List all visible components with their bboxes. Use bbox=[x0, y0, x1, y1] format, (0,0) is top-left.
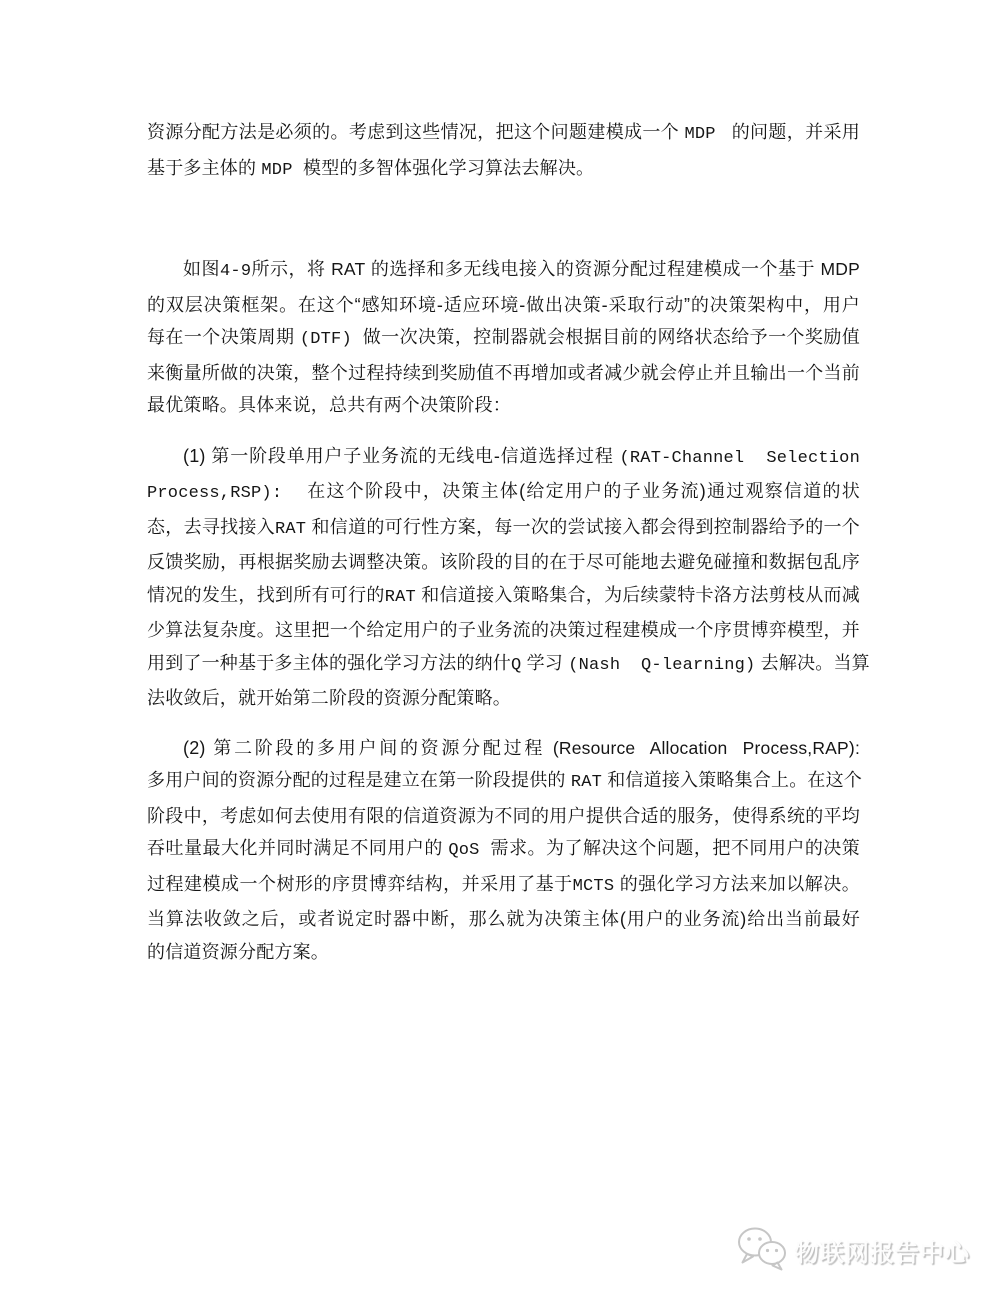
text-line: 的信道资源分配方案。 bbox=[147, 936, 860, 969]
text-line: 法收敛后，就开始第二阶段的资源分配策略。 bbox=[147, 682, 860, 715]
text-run: 学习 bbox=[521, 653, 568, 673]
text-run: MCTS bbox=[573, 877, 615, 896]
text-line: 阶段中，考虑如何去使用有限的信道资源为不同的用户提供合适的服务，使得系统的平均 bbox=[147, 800, 860, 833]
text-run: (2) 第二阶段的多用户间的资源分配过程 bbox=[183, 738, 553, 758]
text-run: 每在一个决策周期 bbox=[147, 327, 300, 347]
text-run: 的信道资源分配方案。 bbox=[147, 942, 329, 962]
text-run: 和信道接入策略集合上。在这个 bbox=[602, 770, 862, 790]
text-line: 的双层决策框架。在这个“感知环境-适应环境-做出决策-采取行动”的决策架构中，用… bbox=[147, 289, 860, 322]
text-run: 吞吐量最大化并同时满足不同用户的 bbox=[147, 838, 448, 858]
text-line: (2) 第二阶段的多用户间的资源分配过程 (Resource Allocatio… bbox=[147, 732, 860, 765]
text-run: 最优策略。具体来说，总共有两个决策阶段： bbox=[147, 395, 511, 415]
text-run: 的双层决策框架。在这个“感知环境-适应环境-做出决策-采取行动”的决策架构中，用… bbox=[147, 295, 860, 315]
text-line: 少算法复杂度。这里把一个给定用户的子业务流的决策过程建模成一个序贯博弈模型，并 bbox=[147, 614, 860, 647]
text-run: 反馈奖励，再根据奖励去调整决策。该阶段的目的在于尽可能地去避免碰撞和数据包乱序 bbox=[147, 552, 860, 572]
text-run: 法收敛后，就开始第二阶段的资源分配策略。 bbox=[147, 688, 511, 708]
text-line: 用到了一种基于多主体的强化学习方法的纳什Q 学习 (Nash Q-learnin… bbox=[147, 647, 860, 683]
text-run: 情况的发生，找到所有可行的 bbox=[147, 585, 385, 605]
text-run: 的问题，并采用 bbox=[716, 122, 860, 142]
text-line: 多用户间的资源分配的过程是建立在第一阶段提供的 RAT 和信道接入策略集合上。在… bbox=[147, 764, 860, 800]
watermark: 物联网报告中心 bbox=[736, 1226, 970, 1274]
text-run: 和信道的可行性方案，每一次的尝试接入都会得到控制器给予的一个 bbox=[306, 517, 860, 537]
text-run: (1) 第一阶段单用户子业务流的无线电-信道选择过程 bbox=[183, 446, 619, 466]
text-run: 做一次决策，控制器就会根据目前的网络状态给予一个奖励值 bbox=[352, 327, 860, 347]
text-run: RAT bbox=[275, 520, 306, 539]
text-line: Process,RSP): 在这个阶段中，决策主体(给定用户的子业务流)通过观察… bbox=[147, 475, 860, 511]
para-figure-4-9-overview: 如图4-9所示，将 RAT 的选择和多无线电接入的资源分配过程建模成一个基于 M… bbox=[147, 253, 860, 422]
text-run: 如图 bbox=[183, 259, 220, 279]
text-run: 需求。为了解决这个问题，把不同用户的决策 bbox=[480, 838, 860, 858]
text-line: 如图4-9所示，将 RAT 的选择和多无线电接入的资源分配过程建模成一个基于 M… bbox=[147, 253, 860, 289]
text-run: 阶段中，考虑如何去使用有限的信道资源为不同的用户提供合适的服务，使得系统的平均 bbox=[147, 806, 860, 826]
text-run: (RAT-Channel Selection bbox=[619, 449, 860, 468]
text-line: 资源分配方法是必须的。考虑到这些情况，把这个问题建模成一个 MDP 的问题，并采… bbox=[147, 116, 860, 152]
text-run: 去解决。当算 bbox=[755, 653, 869, 673]
document-page: 资源分配方法是必须的。考虑到这些情况，把这个问题建模成一个 MDP 的问题，并采… bbox=[0, 0, 1000, 1293]
text-run: 少算法复杂度。这里把一个给定用户的子业务流的决策过程建模成一个序贯博弈模型，并 bbox=[147, 620, 860, 640]
para-continuation: 资源分配方法是必须的。考虑到这些情况，把这个问题建模成一个 MDP 的问题，并采… bbox=[147, 116, 860, 187]
text-run: 和信道接入策略集合，为后续蒙特卡洛方法剪枝从而减 bbox=[416, 585, 860, 605]
text-run: 多用户间的资源分配的过程是建立在第一阶段提供的 bbox=[147, 770, 571, 790]
text-line: 最优策略。具体来说，总共有两个决策阶段： bbox=[147, 389, 860, 422]
text-run: (Resource Allocation Process,RAP): bbox=[553, 738, 860, 758]
text-run: 的选择和多无线电接入的资源分配过程建模成一个基于 bbox=[365, 259, 820, 279]
text-line: 当算法收敛之后，或者说定时器中断，那么就为决策主体(用户的业务流)给出当前最好 bbox=[147, 903, 860, 936]
text-run: 所示，将 bbox=[251, 259, 331, 279]
text-line: 反馈奖励，再根据奖励去调整决策。该阶段的目的在于尽可能地去避免碰撞和数据包乱序 bbox=[147, 546, 860, 579]
text-line: (1) 第一阶段单用户子业务流的无线电-信道选择过程 (RAT-Channel … bbox=[147, 440, 860, 476]
text-run: (DTF) bbox=[300, 330, 352, 349]
text-run: QoS bbox=[448, 841, 479, 860]
para-stage-1-rsp: (1) 第一阶段单用户子业务流的无线电-信道选择过程 (RAT-Channel … bbox=[147, 440, 860, 715]
text-run: 过程建模成一个树形的序贯博弈结构，并采用了基于 bbox=[147, 874, 573, 894]
text-run: Process,RSP): bbox=[147, 484, 282, 503]
text-line: 态，去寻找接入RAT 和信道的可行性方案，每一次的尝试接入都会得到控制器给予的一… bbox=[147, 511, 860, 547]
text-run: 来衡量所做的决策，整个过程持续到奖励值不再增加或者减少就会停止并且输出一个当前 bbox=[147, 363, 860, 383]
text-run: 用到了一种基于多主体的强化学习方法的纳什 bbox=[147, 653, 511, 673]
text-run: MDP bbox=[684, 125, 715, 144]
watermark-label: 物联网报告中心 bbox=[795, 1233, 970, 1268]
text-line: 吞吐量最大化并同时满足不同用户的 QoS 需求。为了解决这个问题，把不同用户的决… bbox=[147, 832, 860, 868]
text-line: 基于多主体的 MDP 模型的多智体强化学习算法去解决。 bbox=[147, 152, 860, 188]
text-run: Q bbox=[511, 656, 521, 675]
para-stage-2-rap: (2) 第二阶段的多用户间的资源分配过程 (Resource Allocatio… bbox=[147, 732, 860, 969]
text-line: 情况的发生，找到所有可行的RAT 和信道接入策略集合，为后续蒙特卡洛方法剪枝从而… bbox=[147, 579, 860, 615]
text-run: MDP bbox=[261, 161, 292, 180]
text-run: 的强化学习方法来加以解决。 bbox=[614, 874, 860, 894]
text-line: 来衡量所做的决策，整个过程持续到奖励值不再增加或者减少就会停止并且输出一个当前 bbox=[147, 357, 860, 390]
text-run: RAT bbox=[571, 773, 602, 792]
text-run: RAT bbox=[385, 588, 416, 607]
document-body: 资源分配方法是必须的。考虑到这些情况，把这个问题建模成一个 MDP 的问题，并采… bbox=[147, 116, 860, 968]
text-run: 资源分配方法是必须的。考虑到这些情况，把这个问题建模成一个 bbox=[147, 122, 684, 142]
text-run: 模型的多智体强化学习算法去解决。 bbox=[293, 158, 595, 178]
text-run: RAT bbox=[331, 259, 365, 279]
text-line: 过程建模成一个树形的序贯博弈结构，并采用了基于MCTS 的强化学习方法来加以解决… bbox=[147, 868, 860, 904]
text-run: 在这个阶段中，决策主体(给定用户的子业务流)通过观察信道的状 bbox=[282, 481, 860, 501]
text-run: 态，去寻找接入 bbox=[147, 517, 275, 537]
text-run: (Nash Q-learning) bbox=[568, 656, 755, 675]
text-run: MDP bbox=[820, 259, 860, 279]
wechat-icon bbox=[736, 1225, 788, 1276]
text-run: 基于多主体的 bbox=[147, 158, 261, 178]
text-run: 4-9 bbox=[220, 262, 251, 281]
text-line: 每在一个决策周期 (DTF) 做一次决策，控制器就会根据目前的网络状态给予一个奖… bbox=[147, 321, 860, 357]
text-run: 当算法收敛之后，或者说定时器中断，那么就为决策主体(用户的业务流)给出当前最好 bbox=[147, 909, 860, 929]
